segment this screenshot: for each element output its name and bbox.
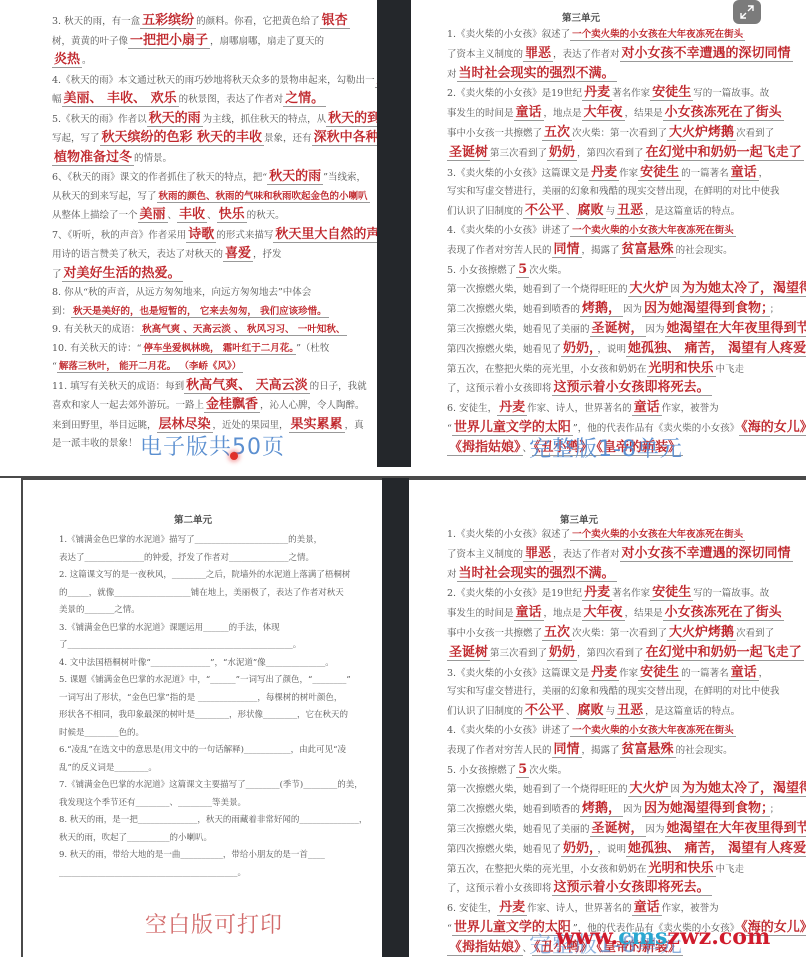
answer-text: 秋高气爽 、天高云淡 、 秋风习习、 一叶知秋、: [140, 324, 347, 336]
answer-text: 丹麦: [497, 400, 527, 416]
answer-text: 一个卖火柴的小女孩大年夜冻死在街头: [570, 725, 736, 737]
answer-text: 在幻觉中和奶奶一起飞走了: [644, 145, 804, 161]
worksheet-line: 到：秋天是美好的，也是短暂的， 它来去匆匆， 我们应该珍惜。: [52, 303, 372, 322]
answer-text: 不公平: [523, 203, 566, 219]
worksheet-line: 了对美好生活的热爱。: [52, 265, 372, 285]
answer-text: 大火炉烤鹅: [667, 125, 736, 141]
answer-text: 深秋中各种动物: [312, 130, 377, 146]
worksheet-line: 4.《秋天的雨》本文通过秋天的雨巧妙地将秋天众多的景物串起来，勾勒出一对秋雨和秋…: [52, 71, 372, 91]
question-text: 了资本主义制度的: [447, 549, 523, 560]
answer-text: 罪恶: [523, 46, 553, 62]
caption-complete-units: 完整版1-8单元: [529, 432, 683, 463]
worksheet-line: 5. 小女孩擦燃了5次火柴。: [447, 761, 805, 781]
worksheet-line: 我发现这个季节还有________、________等美景。: [59, 795, 379, 813]
question-text: 来到田野里，举目远眺，: [52, 420, 157, 431]
answer-text: 圣诞树: [447, 145, 490, 161]
worksheet-line: 表达了______________的钟爱，抒发了作者对_____________…: [59, 550, 379, 568]
question-text: ，第四次看到了: [577, 148, 644, 159]
worksheet-page-answers-unit3: 第三单元 1.《卖火柴的小女孩》叙述了一个卖火柴的小女孩在大年夜冻死在街头了资本…: [411, 0, 806, 467]
question-text: 次火柴：第一次看到了: [572, 628, 667, 639]
question-text: ，表达了作者对: [553, 549, 620, 560]
worksheet-line: “解落三秋叶， 能开二月花。 （李峤《风》）: [52, 358, 372, 377]
question-text: ，地点是: [544, 108, 582, 119]
question-text: 景象，还有: [264, 133, 312, 144]
question-text: ，第四次看到了: [577, 648, 644, 659]
question-text: 第一次擦燃火柴，她看到了一个烧得旺旺的: [447, 784, 628, 795]
question-text: 喜欢和家人一起去郊外游玩。一路上: [52, 400, 204, 411]
question-text: 因为: [623, 804, 642, 815]
answer-text: 秋天的雨: [147, 111, 203, 127]
worksheet-line: ________________________________________…: [59, 865, 379, 883]
question-text: 写的一篇故事。故: [693, 588, 769, 599]
question-text: ，表达了作者对: [553, 49, 620, 60]
answer-text: 为为她太冷了，渴望得到温暖；: [680, 781, 806, 797]
question-text: 3.《卖火柴的小女孩》这篇课文是: [447, 168, 589, 179]
question-text: 写的一篇故事。故: [693, 88, 769, 99]
worksheet-line: 1.《卖火柴的小女孩》叙述了一个卖火柴的小女孩在大年夜冻死在街头: [447, 526, 805, 545]
answer-text: 丹麦: [582, 85, 612, 101]
question-text: 11. 填写有关秋天的成语：每到: [52, 381, 184, 392]
question-text: 第四次擦燃火柴，她看见了: [447, 844, 561, 855]
answer-text: 丑恶: [615, 203, 645, 219]
question-text: 中飞走: [716, 864, 745, 875]
worksheet-line: 对当时社会现实的强烈不满。: [447, 565, 805, 585]
question-text: 著名作家: [612, 588, 650, 599]
answer-text: 炎热: [52, 52, 82, 68]
question-text: 5. 小女孩擦燃了: [447, 265, 516, 276]
worksheet-page-answers-unit2: 3. 秋天的雨，有一盒五彩缤纷的颜料。你看，它把黄色给了银杏树，黄黄的叶子像一把…: [0, 0, 377, 467]
answer-text: 银杏: [320, 13, 350, 29]
question-text: 次火柴：第一次看到了: [572, 128, 667, 139]
question-text: 。: [82, 55, 92, 66]
question-text: 了，这预示着小女孩即将: [447, 383, 552, 394]
cursor-indicator: [230, 452, 238, 460]
answer-text: 奶奶，: [561, 841, 598, 857]
answer-text: 大火炉烤鹅: [667, 625, 736, 641]
question-text: ；: [770, 804, 780, 815]
caption-blank-printable: 空白版可打印: [145, 908, 283, 939]
worksheet-line: 4.《卖火柴的小女孩》讲述了一个卖火柴的小女孩大年夜冻死在街头: [447, 222, 806, 241]
question-text: 第三次看到了: [490, 148, 547, 159]
answer-text: 圣诞树: [447, 645, 490, 661]
worksheet-line: 圣诞树第三次看到了奶奶，第四次看到了在幻觉中和奶奶一起飞走了: [447, 644, 805, 664]
question-text: ，扇哪扇哪，扇走了夏天的: [210, 36, 324, 47]
answer-text: 对小女孩不幸遭遇的深切同情: [620, 46, 793, 62]
answer-text: 诗歌: [186, 227, 216, 243]
question-text: 第三次看到了: [490, 648, 547, 659]
answer-text: 解落三秋叶， 能开二月花。 （李峤《风》）: [57, 361, 243, 373]
divider-dark: [382, 478, 409, 957]
answer-text: 奶奶，: [561, 341, 598, 357]
answer-text: 她孤独、 痛苦， 渴望有人疼爱；: [626, 841, 806, 857]
worksheet-line: 第一次擦燃火柴，她看到了一个烧得旺旺的大火炉因为为她太冷了，渴望得到温暖；: [447, 780, 805, 800]
answer-text: 安徒生: [638, 165, 681, 181]
worksheet-line: 第三次擦燃火柴，她看见了美丽的圣诞树，因为她渴望在大年夜里得到节日的欢乐；: [447, 820, 805, 840]
answer-text: 快乐: [217, 207, 247, 223]
question-text: 著名作家: [612, 88, 650, 99]
question-text: 的一篇著名: [681, 668, 729, 679]
worksheet-line: 第一次擦燃火柴，她看到了一个烧得旺旺的大火炉因为为她太冷了，渴望得到温暖；: [447, 280, 806, 300]
question-text: ；: [770, 304, 780, 315]
worksheet-page-blank-unit2: 第二单元 1.《铺满金色巴掌的水泥道》描写了__________________…: [21, 478, 382, 957]
question-text: ，是这篇童话的特点。: [645, 706, 740, 717]
question-text: 与: [606, 206, 616, 217]
answer-text: 秋天缤纷的色彩 秋天的丰收: [100, 130, 265, 146]
question-text: 10. 有关秋天的诗：“: [52, 343, 142, 354]
worksheet-line: 表现了作者对穷苦人民的同情，揭露了贫富悬殊的社会现实。: [447, 241, 806, 261]
question-text: 6. 安徒生，: [447, 403, 497, 414]
worksheet-page-answers-unit3-copy: 第三单元 1.《卖火柴的小女孩》叙述了一个卖火柴的小女孩在大年夜冻死在街头了资本…: [409, 478, 806, 957]
site-watermark: www.cmszwz.com: [556, 924, 770, 950]
answer-text: 烤鹅，: [580, 301, 623, 317]
question-text: 次火柴。: [529, 765, 567, 776]
question-text: ，结果是: [625, 608, 663, 619]
answer-text: 植物准备过冬: [52, 150, 134, 166]
worksheet-line: 秋天的雨，吹起了__________的小喇叭。: [59, 830, 379, 848]
answer-text: 圣诞树，: [590, 821, 646, 837]
question-text: 了: [52, 269, 62, 280]
answer-text: 五彩缤纷: [140, 13, 196, 29]
question-text: 4.《秋天的雨》本文通过秋天的雨巧妙地将秋天众多的景物串起来，勾勒出一: [52, 75, 375, 86]
answer-text: 对小女孩不幸遭遇的深切同情: [620, 546, 793, 562]
question-text: 4.《卖火柴的小女孩》讲述了: [447, 725, 570, 736]
question-text: 8. 你从“秋的声音，从远方匆匆地来，向远方匆匆地去”中体会: [52, 287, 311, 298]
answer-text: 一个卖火柴的小女孩在大年夜冻死在街头: [570, 29, 745, 41]
worksheet-line: 事中小女孩一共擦燃了五次次火柴：第一次看到了大火炉烤鹅次看到了: [447, 624, 805, 644]
question-text: 对: [447, 569, 457, 580]
worksheet-line: 植物准备过冬的情景。: [52, 149, 372, 169]
answer-text: 这预示着小女孩即将死去。: [552, 880, 712, 896]
expand-icon: [740, 5, 754, 19]
worksheet-line: 事发生的时间是童话，地点是大年夜，结果是小女孩冻死在了街头: [447, 104, 806, 124]
answer-text: 安徒生: [638, 665, 681, 681]
question-text: 的秋天。: [247, 210, 285, 221]
question-text: 的颜料。你看，它把黄色给了: [196, 16, 320, 27]
worksheet-line: 第二次擦燃火柴，她看到喷香的烤鹅，因为因为她渴望得到食物；；: [447, 800, 805, 820]
question-text: 作家、诗人，世界著名的: [527, 403, 632, 414]
question-text: 的社会现实。: [676, 245, 733, 256]
question-text: 3.《卖火柴的小女孩》这篇课文是: [447, 668, 589, 679]
answer-text: 童话: [514, 605, 544, 621]
worksheet-line: 9. 秋天的雨，带给大地的是一曲__________，带给小朋友的是一首____: [59, 847, 379, 865]
worksheet-line: 形状各不相同，我印象最深的树叶是________，形状像________，它在秋…: [59, 707, 379, 725]
answer-text: 因为她渴望得到食物；: [642, 801, 770, 817]
worksheet-content: 1.《卖火柴的小女孩》叙述了一个卖火柴的小女孩在大年夜冻死在街头了资本主义制度的…: [447, 526, 805, 957]
question-text: ，揭露了: [582, 245, 620, 256]
question-text: 1.《卖火柴的小女孩》叙述了: [447, 529, 570, 540]
question-text: 第四次擦燃火柴，她看见了: [447, 344, 561, 355]
question-text: 中飞走: [716, 364, 745, 375]
question-text: 、: [207, 210, 217, 221]
worksheet-content: 3. 秋天的雨，有一盒五彩缤纷的颜料。你看，它把黄色给了银杏树，黄黄的叶子像一把…: [52, 12, 372, 454]
worksheet-line: 喜欢和家人一起去郊外游玩。一路上金桂飘香，沁人心脾，令人陶醉。: [52, 396, 372, 416]
question-text: 的秋景图，表达了作者对: [179, 94, 284, 105]
answer-text: 之情。: [283, 91, 326, 107]
question-text: 作家: [619, 668, 638, 679]
answer-text: 同情: [552, 742, 582, 758]
answer-text: 果实累累: [289, 417, 345, 433]
answer-text: 童话: [632, 900, 662, 916]
divider-dark: [377, 0, 411, 467]
worksheet-line: 用诗的语言赞美了秋天，表达了对秋天的喜爱，抒发: [52, 245, 372, 265]
question-text: 的形式来描写: [216, 230, 273, 241]
answer-text: 金桂飘香: [204, 397, 260, 413]
question-text: ”当线索，: [323, 172, 366, 183]
question-text: 7、《听听，秋的声音》作者采用: [52, 230, 186, 241]
answer-text: 秋雨的颜色、秋雨的气味和秋雨吹起金色的小喇叭: [157, 191, 370, 203]
worksheet-content: 1.《卖火柴的小女孩》叙述了一个卖火柴的小女孩在大年夜冻死在街头了资本主义制度的…: [447, 26, 806, 459]
answer-text: 小女孩冻死在了街头: [663, 605, 784, 621]
answer-text: 这预示着小女孩即将死去。: [552, 380, 712, 396]
worksheet-line: 写起，写了秋天缤纷的色彩 秋天的丰收景象，还有深秋中各种动物: [52, 129, 372, 149]
worksheet-line: 3. 秋天的雨，有一盒五彩缤纷的颜料。你看，它把黄色给了银杏: [52, 12, 372, 32]
answer-text: 光明和快乐: [647, 861, 716, 877]
answer-text: 她孤独、 痛苦， 渴望有人疼爱；: [626, 341, 806, 357]
question-text: ，抒发: [253, 249, 282, 260]
answer-text: 为为她太冷了，渴望得到温暖；: [680, 281, 806, 297]
question-text: 第三次擦燃火柴，她看见了美丽的: [447, 324, 590, 335]
worksheet-content: 1.《铺满金色巴掌的水泥道》描写了______________________的…: [59, 532, 379, 882]
question-text: ，: [759, 168, 769, 179]
question-text: 4.《卖火柴的小女孩》讲述了: [447, 225, 570, 236]
answer-text: 《海的女儿》: [739, 420, 806, 436]
question-text: 的日子，我就: [310, 381, 367, 392]
question-text: 从整体上描绘了一个: [52, 210, 138, 221]
answer-text: 丹麦: [589, 165, 619, 181]
question-text: 3. 秋天的雨，有一盒: [52, 16, 140, 27]
worksheet-line: 从整体上描绘了一个美丽、丰收、快乐的秋天。: [52, 206, 372, 226]
question-text: 第五次，在整把火柴的亮光里，小女孩和奶奶在: [447, 864, 647, 875]
question-text: 2.《卖火柴的小女孩》是19世纪: [447, 88, 582, 99]
answer-text: 当时社会现实的强烈不满。: [457, 566, 617, 582]
answer-text: 丑恶: [615, 703, 645, 719]
worksheet-line: 第四次擦燃火柴，她看见了奶奶，，说明她孤独、 痛苦， 渴望有人疼爱；: [447, 840, 805, 860]
question-text: 的情景。: [134, 153, 172, 164]
worksheet-line: 一词写出了形状，“金色巴掌”指的是 ______________，每棵树的树叶颜…: [59, 690, 379, 708]
answer-text: 贫富悬殊: [620, 242, 676, 258]
answer-text: 童话: [514, 105, 544, 121]
answer-text: 大火炉: [628, 781, 671, 797]
answer-text: 五次: [542, 125, 572, 141]
question-text: ，说明: [598, 344, 627, 355]
answer-text: 不公平: [523, 703, 566, 719]
answer-text: 一把把小扇子: [128, 33, 210, 49]
answer-text: 奶奶: [547, 645, 577, 661]
worksheet-line: 了资本主义制度的罪恶，表达了作者对对小女孩不幸遭遇的深切同情: [447, 45, 806, 65]
answer-text: 她渴望在大年夜里得到节日的欢乐；: [665, 321, 806, 337]
worksheet-line: 写实和写虚交替进行，美丽的幻象和残酷的现实交替出现，在鲜明的对比中使我: [447, 183, 806, 202]
answer-text: 她渴望在大年夜里得到节日的欢乐；: [665, 821, 806, 837]
worksheet-line: 圣诞树第三次看到了奶奶，第四次看到了在幻觉中和奶奶一起飞走了: [447, 144, 806, 164]
question-text: 表现了作者对穷苦人民的: [447, 745, 552, 756]
answer-text: 罪恶: [523, 546, 553, 562]
expand-button[interactable]: [733, 0, 761, 24]
answer-text: 因为她渴望得到食物；: [642, 301, 770, 317]
worksheet-line: 1.《铺满金色巴掌的水泥道》描写了______________________的…: [59, 532, 379, 550]
question-text: 的一篇著名: [681, 168, 729, 179]
question-text: 因: [671, 784, 681, 795]
answer-text: 美丽: [138, 207, 168, 223]
question-text: 6. 安徒生，: [447, 903, 497, 914]
answer-text: 安徒生: [650, 85, 693, 101]
worksheet-line: 了_______________________________________…: [59, 637, 379, 655]
caption-ebook-pages: 电子版共50页: [140, 430, 285, 461]
question-text: 的社会现实。: [676, 745, 733, 756]
worksheet-line: 5. 小女孩擦燃了5次火柴。: [447, 261, 806, 281]
answer-text: 丹麦: [589, 665, 619, 681]
answer-text: 一个卖火柴的小女孩大年夜冻死在街头: [570, 225, 736, 237]
question-text: 、: [168, 210, 178, 221]
question-text: 、: [566, 206, 576, 217]
answer-text: 秋天的雨: [267, 169, 323, 185]
question-text: 事中小女孩一共擦燃了: [447, 628, 542, 639]
question-text: 5. 小女孩擦燃了: [447, 765, 516, 776]
worksheet-line: 乱”的反义词是________。: [59, 760, 379, 778]
answer-text: 在幻觉中和奶奶一起飞走了: [644, 645, 804, 661]
question-text: 对: [447, 69, 457, 80]
answer-text: 烤鹅，: [580, 801, 623, 817]
worksheet-line: 6、《秋天的雨》课文的作者抓住了秋天的特点，把“秋天的雨”当线索，: [52, 168, 372, 188]
question-text: ，是这篇童话的特点。: [645, 206, 740, 217]
worksheet-line: 8. 秋天的雨，是一把______________，秋天的雨藏着非常好闻的___…: [59, 812, 379, 830]
worksheet-line: 时候是________色的。: [59, 725, 379, 743]
question-text: ，沁人心脾，令人陶醉。: [260, 400, 365, 411]
question-text: 事发生的时间是: [447, 608, 514, 619]
worksheet-line: 4. 文中法国梧桐树叶像“______________”，“水泥道”像_____…: [59, 655, 379, 673]
worksheet-line: 2. 这篇课文写的是一夜秋风，________之后，院墙外的水泥道上落满了梧桐树: [59, 567, 379, 585]
question-text: 们认识了旧制度的: [447, 206, 523, 217]
question-text: ，: [759, 668, 769, 679]
answer-text: 美丽、 丰收、 欢乐: [62, 91, 179, 107]
worksheet-line: 了，这预示着小女孩即将这预示着小女孩即将死去。: [447, 379, 806, 399]
answer-text: 当时社会现实的强烈不满。: [457, 66, 617, 82]
answer-text: 大年夜: [582, 105, 625, 121]
answer-text: 光明和快乐: [647, 361, 716, 377]
worksheet-line: 第二次擦燃火柴，她看到喷香的烤鹅，因为因为她渴望得到食物；；: [447, 300, 806, 320]
worksheet-line: 的_____，就像__________________铺在地上，美丽极了，表达了…: [59, 585, 379, 603]
answer-text: 圣诞树，: [590, 321, 646, 337]
question-text: 为主线，抓住秋天的特点，从: [203, 114, 327, 125]
question-text: 第二次擦燃火柴，她看到喷香的: [447, 304, 580, 315]
answer-text: 丹麦: [497, 900, 527, 916]
worksheet-line: 美景的_______之情。: [59, 602, 379, 620]
worksheet-line: 了，这预示着小女孩即将这预示着小女孩即将死去。: [447, 879, 805, 899]
question-text: 事发生的时间是: [447, 108, 514, 119]
worksheet-line: 2.《卖火柴的小女孩》是19世纪丹麦著名作家安徒生写的一篇故事。故: [447, 84, 806, 104]
question-text: 次看到了: [736, 128, 774, 139]
worksheet-line: 3.《铺满金色巴掌的水泥道》课题运用______的手法，体现: [59, 620, 379, 638]
question-text: 是一派丰收的景象！: [52, 438, 138, 449]
answer-text: 大年夜: [582, 605, 625, 621]
answer-text: 停车坐爱枫林晚， 霜叶红于二月花。: [142, 343, 297, 355]
question-text: ，真: [345, 420, 364, 431]
worksheet-line: 3.《卖火柴的小女孩》这篇课文是丹麦作家安徒生的一篇著名童话，: [447, 664, 805, 684]
question-text: 作家，被誉为: [662, 903, 719, 914]
answer-text: 童话: [632, 400, 662, 416]
question-text: 次火柴。: [529, 265, 567, 276]
question-text: ，结果是: [625, 108, 663, 119]
answer-text: 小女孩冻死在了街头: [663, 105, 784, 121]
question-text: 次看到了: [736, 628, 774, 639]
question-text: 2.《卖火柴的小女孩》是19世纪: [447, 588, 582, 599]
worksheet-line: 5.《秋天的雨》作者以秋天的雨为主线，抓住秋天的特点，从秋天的到来: [52, 110, 372, 130]
worksheet-line: 6. 安徒生，丹麦作家、诗人，世界著名的童话作家，被誉为: [447, 899, 805, 919]
answer-text: 一个卖火柴的小女孩在大年夜冻死在街头: [570, 529, 745, 541]
answer-text: 童话: [729, 165, 759, 181]
worksheet-line: 7.《铺满金色巴掌的水泥道》这篇课文主要描写了________(季节)_____…: [59, 777, 379, 795]
answer-text: 贫富悬殊: [620, 742, 676, 758]
question-text: 因为: [623, 304, 642, 315]
question-text: 作家，被誉为: [662, 403, 719, 414]
answer-text: 腐败: [576, 203, 606, 219]
question-text: 到：: [52, 306, 71, 317]
worksheet-line: 6. 安徒生，丹麦作家、诗人，世界著名的童话作家，被誉为: [447, 399, 806, 419]
worksheet-line: 5. 课题《铺满金色巴掌的水泥道》中，“______”一词写出了颜色，“____…: [59, 672, 379, 690]
worksheet-line: 10. 有关秋天的诗：“停车坐爱枫林晚， 霜叶红于二月花。”（杜牧: [52, 340, 372, 359]
answer-text: 对美好生活的热爱。: [62, 266, 183, 282]
answer-text: 五次: [542, 625, 572, 641]
question-text: ，地点是: [544, 608, 582, 619]
worksheet-line: 事中小女孩一共擦燃了五次次火柴：第一次看到了大火炉烤鹅次看到了: [447, 124, 806, 144]
question-text: 第二次擦燃火柴，她看到喷香的: [447, 804, 580, 815]
worksheet-line: 11. 填写有关秋天的成语：每到秋高气爽、 天高云淡的日子，我就: [52, 377, 372, 397]
worksheet-line: 写实和写虚交替进行，美丽的幻象和残酷的现实交替出现，在鲜明的对比中使我: [447, 683, 805, 702]
question-text: 用诗的语言赞美了秋天，表达了对秋天的: [52, 249, 223, 260]
worksheet-line: 8. 你从“秋的声音，从远方匆匆地来，向远方匆匆地去”中体会: [52, 284, 372, 303]
question-text: 第三次擦燃火柴，她看见了美丽的: [447, 824, 590, 835]
question-text: ，近处的果园里，: [213, 420, 289, 431]
answer-text: 同情: [552, 242, 582, 258]
worksheet-line: 3.《卖火柴的小女孩》这篇课文是丹麦作家安徒生的一篇著名童话，: [447, 164, 806, 184]
answer-text: 丰收: [177, 207, 207, 223]
question-text: 5.《秋天的雨》作者以: [52, 114, 147, 125]
answer-text: 秋天的到来: [326, 111, 377, 127]
question-text: 1.《卖火柴的小女孩》叙述了: [447, 29, 570, 40]
worksheet-line: 幅美丽、 丰收、 欢乐的秋景图，表达了作者对之情。: [52, 90, 372, 110]
question-text: 因为: [646, 324, 665, 335]
answer-text: 《拇指姑娘》: [447, 940, 523, 956]
worksheet-line: 树，黄黄的叶子像一把把小扇子，扇哪扇哪，扇走了夏天的: [52, 32, 372, 52]
worksheet-line: 第五次，在整把火柴的亮光里，小女孩和奶奶在光明和快乐中飞走: [447, 860, 805, 880]
question-text: 写实和写虚交替进行，美丽的幻象和残酷的现实交替出现，在鲜明的对比中使我: [447, 686, 780, 697]
worksheet-line: 们认识了旧制度的不公平、腐败与丑恶，是这篇童话的特点。: [447, 202, 806, 222]
answer-text: 秋天里大自然的声音: [273, 227, 377, 243]
question-text: ”（杜牧: [296, 343, 329, 354]
worksheet-line: 6.“凌乱”在选文中的意思是(用文中的一句话解释)___________，由此可…: [59, 742, 379, 760]
question-text: 了资本主义制度的: [447, 49, 523, 60]
answer-text: 秋高气爽、 天高云淡: [184, 378, 310, 394]
question-text: 第一次擦燃火柴，她看到了一个烧得旺旺的: [447, 284, 628, 295]
answer-text: 《拇指姑娘》: [447, 440, 523, 456]
worksheet-line: 表现了作者对穷苦人民的同情，揭露了贫富悬殊的社会现实。: [447, 741, 805, 761]
question-text: 作家: [619, 168, 638, 179]
answer-text: 安徒生: [650, 585, 693, 601]
worksheet-line: 7、《听听，秋的声音》作者采用诗歌的形式来描写秋天里大自然的声音: [52, 226, 372, 246]
question-text: 6、《秋天的雨》课文的作者抓住了秋天的特点，把“: [52, 172, 267, 183]
answer-text: 丹麦: [582, 585, 612, 601]
question-text: 事中小女孩一共擦燃了: [447, 128, 542, 139]
answer-text: 奶奶: [547, 145, 577, 161]
question-text: 与: [606, 706, 616, 717]
question-text: 9. 有关秋天的成语：: [52, 324, 140, 335]
answer-text: 5: [516, 762, 529, 778]
worksheet-line: 第三次擦燃火柴，她看见了美丽的圣诞树，因为她渴望在大年夜里得到节日的欢乐；: [447, 320, 806, 340]
worksheet-line: 2.《卖火柴的小女孩》是19世纪丹麦著名作家安徒生写的一篇故事。故: [447, 584, 805, 604]
unit-title: 第二单元: [23, 510, 363, 532]
question-text: 树，黄黄的叶子像: [52, 36, 128, 47]
answer-text: 大火炉: [628, 281, 671, 297]
question-text: 因为: [646, 824, 665, 835]
